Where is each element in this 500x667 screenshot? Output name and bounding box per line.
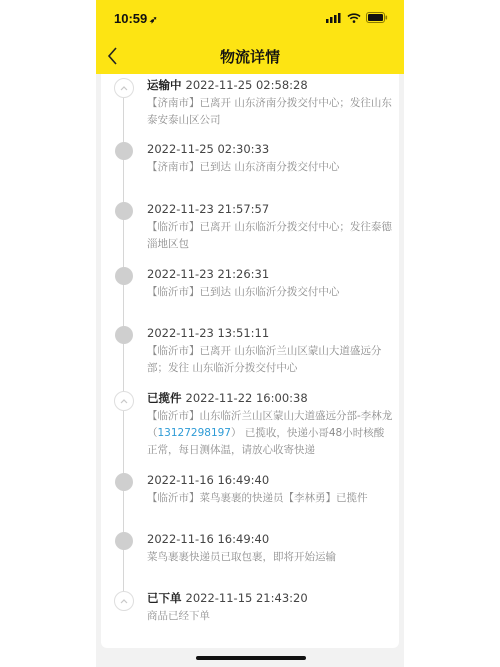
signal-icon: [326, 13, 342, 23]
event-time: 2022-11-25 02:58:28: [186, 78, 308, 92]
event-header: 已揽件2022-11-22 16:00:38: [147, 390, 393, 406]
phone-screen: 10:59➶ 物流详情: [96, 0, 404, 667]
chevron-up-icon: [120, 398, 128, 404]
event-time: 2022-11-15 21:43:20: [186, 591, 308, 605]
clock: 10:59: [114, 11, 147, 26]
event-description: 菜鸟裹裹快递员已取包裹，即将开始运输: [147, 549, 393, 566]
event-header: 2022-11-16 16:49:40: [147, 472, 393, 488]
event-status: 运输中: [147, 78, 182, 92]
event-header: 2022-11-16 16:49:40: [147, 531, 393, 547]
event-description: 【济南市】已到达 山东济南分拨交付中心: [147, 159, 393, 176]
event-description: 【临沂市】山东临沂兰山区蒙山大道盛远分部-李林龙（13127298197） 已揽…: [147, 408, 393, 459]
status-node-ring: [114, 591, 134, 611]
event-description: 【临沂市】已离开 山东临沂分拨交付中心；发往泰德淄地区包: [147, 219, 393, 253]
home-indicator[interactable]: [196, 656, 306, 660]
event-status: 已下单: [147, 591, 182, 605]
status-node-dot: [115, 532, 133, 550]
chevron-up-icon: [120, 598, 128, 604]
event-time: 2022-11-25 02:30:33: [147, 142, 269, 156]
event-time: 2022-11-23 21:57:57: [147, 202, 269, 216]
status-node-dot: [115, 473, 133, 491]
event-description: 【临沂市】菜鸟裹裹的快递员【李林勇】已揽件: [147, 490, 393, 507]
event-header: 2022-11-23 21:57:57: [147, 201, 393, 217]
event-header: 2022-11-23 13:51:11: [147, 325, 393, 341]
event-time: 2022-11-16 16:49:40: [147, 532, 269, 546]
event-time: 2022-11-16 16:49:40: [147, 473, 269, 487]
status-node-dot: [115, 142, 133, 160]
status-node-dot: [115, 326, 133, 344]
battery-icon: [366, 12, 388, 23]
status-node-ring: [114, 78, 134, 98]
status-node-ring: [114, 391, 134, 411]
event-description: 【临沂市】已到达 山东临沂分拨交付中心: [147, 284, 393, 301]
chevron-up-icon: [120, 85, 128, 91]
event-description: 【临沂市】已离开 山东临沂兰山区蒙山大道盛远分部；发往 山东临沂分拨交付中心: [147, 343, 393, 377]
event-time: 2022-11-23 21:26:31: [147, 267, 269, 281]
event-status: 已揽件: [147, 391, 182, 405]
status-icons: [326, 12, 388, 23]
event-time: 2022-11-22 16:00:38: [186, 391, 308, 405]
wifi-icon: [347, 13, 361, 23]
header-bar: 10:59➶ 物流详情: [96, 0, 404, 74]
event-header: 2022-11-25 02:30:33: [147, 141, 393, 157]
event-header: 已下单2022-11-15 21:43:20: [147, 590, 393, 606]
event-header: 2022-11-23 21:26:31: [147, 266, 393, 282]
courier-phone-link[interactable]: 13127298197: [158, 427, 232, 439]
event-description: 商品已经下单: [147, 608, 393, 625]
status-node-dot: [115, 267, 133, 285]
location-arrow-icon: ➶: [149, 15, 157, 26]
event-header: 运输中2022-11-25 02:58:28: [147, 77, 393, 93]
page-title: 物流详情: [96, 46, 404, 67]
event-description: 【济南市】已离开 山东济南分拨交付中心；发往山东泰安泰山区公司: [147, 95, 393, 129]
logistics-timeline-card: 运输中2022-11-25 02:58:28 【济南市】已离开 山东济南分拨交付…: [101, 74, 399, 648]
status-time: 10:59➶: [114, 11, 158, 26]
status-node-dot: [115, 202, 133, 220]
event-time: 2022-11-23 13:51:11: [147, 326, 269, 340]
